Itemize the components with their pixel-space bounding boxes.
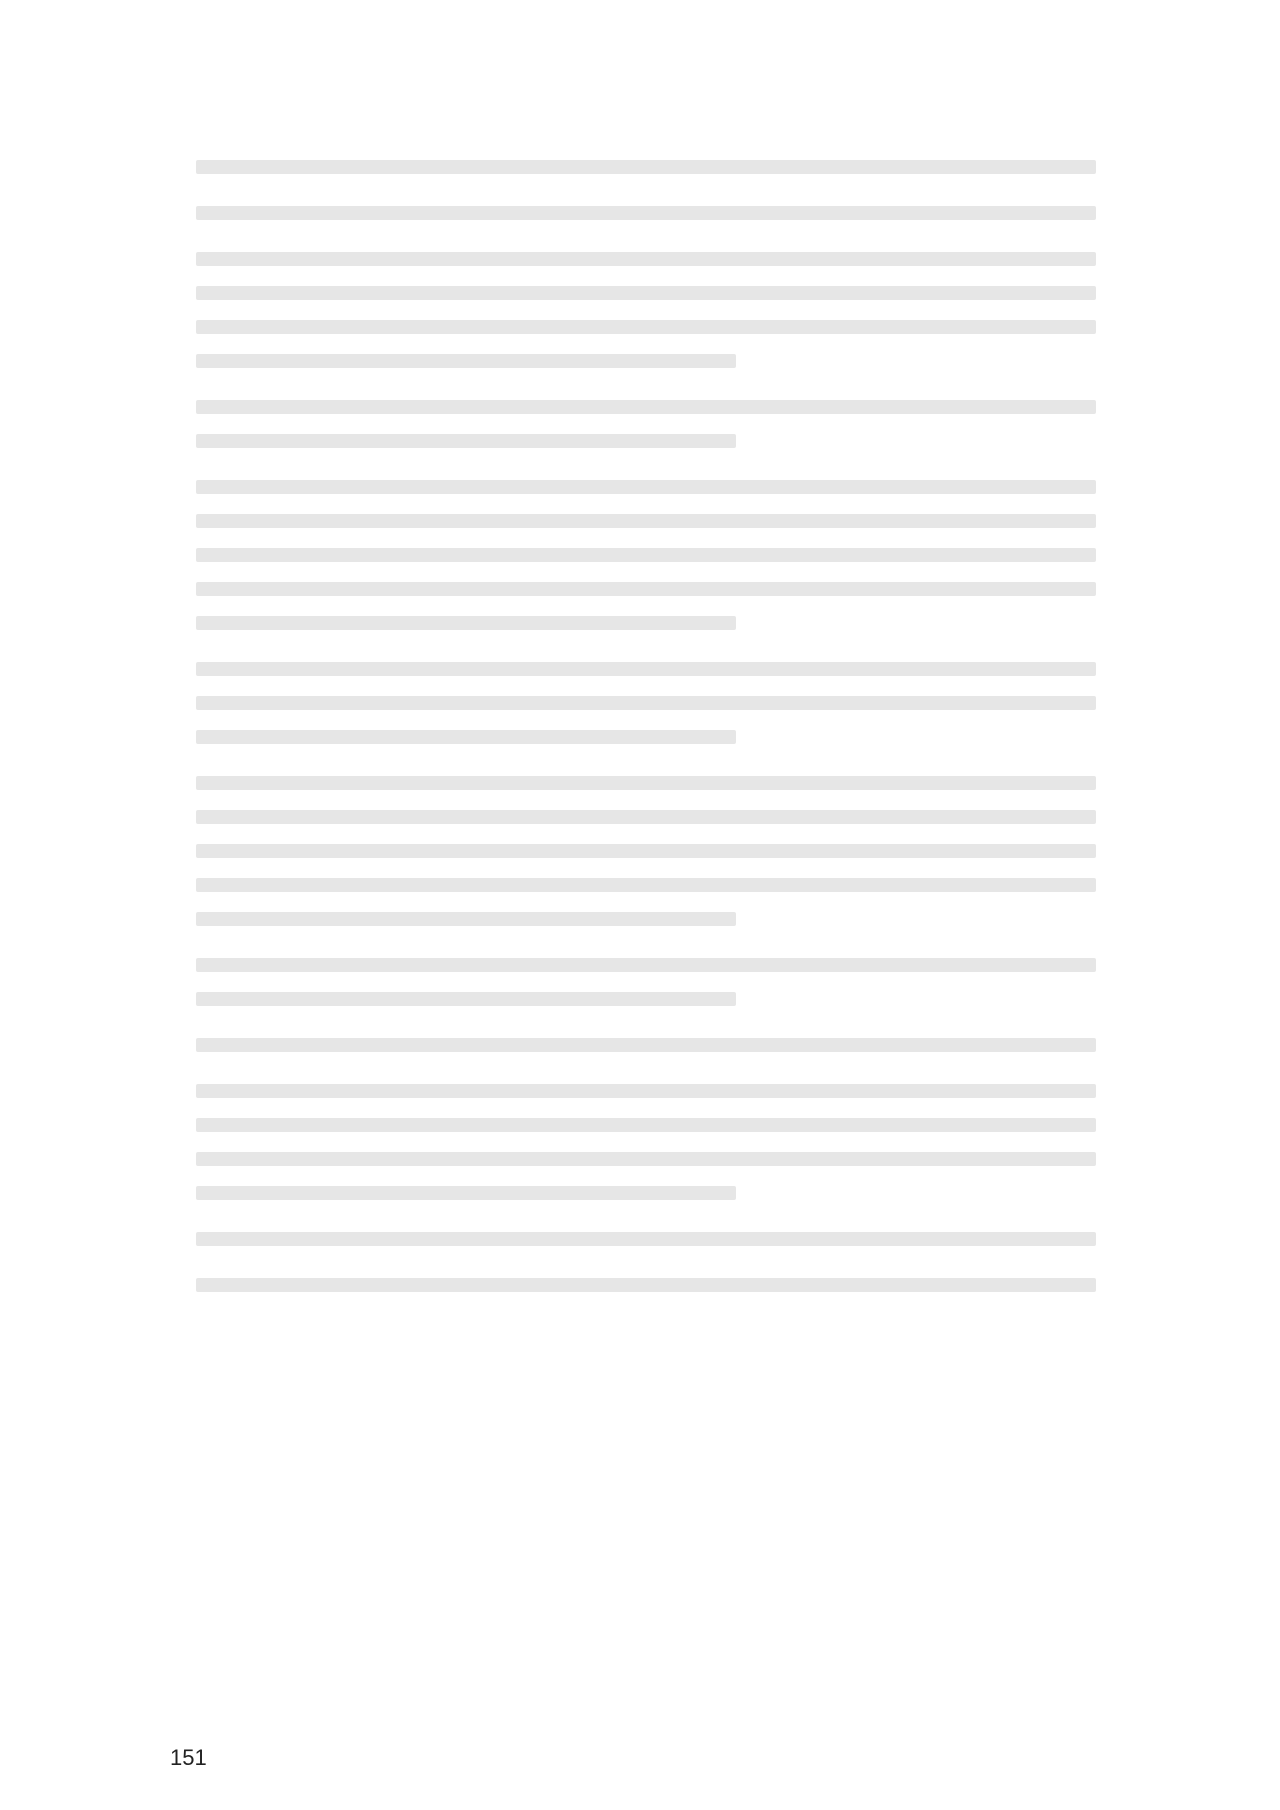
text-line-placeholder xyxy=(196,616,736,630)
paragraph xyxy=(196,776,1096,926)
text-line-placeholder xyxy=(196,400,1096,414)
text-line-placeholder xyxy=(196,1038,1096,1052)
text-line-placeholder xyxy=(196,1152,1096,1166)
page-number: 151 xyxy=(170,1745,207,1771)
text-line-placeholder xyxy=(196,878,1096,892)
text-line-placeholder xyxy=(196,480,1096,494)
text-line-placeholder xyxy=(196,1118,1096,1132)
paragraph xyxy=(196,958,1096,1006)
text-line-placeholder xyxy=(196,662,1096,676)
text-line-placeholder xyxy=(196,160,1096,174)
paragraph xyxy=(196,662,1096,744)
paragraph xyxy=(196,480,1096,630)
text-line-placeholder xyxy=(196,912,736,926)
text-line-placeholder xyxy=(196,1232,1096,1246)
paragraph xyxy=(196,1084,1096,1200)
text-line-placeholder xyxy=(196,434,736,448)
paragraph xyxy=(196,206,1096,220)
text-line-placeholder xyxy=(196,320,1096,334)
text-line-placeholder xyxy=(196,252,1096,266)
text-line-placeholder xyxy=(196,730,736,744)
text-line-placeholder xyxy=(196,514,1096,528)
text-line-placeholder xyxy=(196,958,1096,972)
text-line-placeholder xyxy=(196,810,1096,824)
text-line-placeholder xyxy=(196,286,1096,300)
text-line-placeholder xyxy=(196,696,1096,710)
paragraph xyxy=(196,252,1096,368)
text-line-placeholder xyxy=(196,992,736,1006)
text-line-placeholder xyxy=(196,1278,1096,1292)
text-line-placeholder xyxy=(196,1084,1096,1098)
paragraph xyxy=(196,1038,1096,1052)
text-line-placeholder xyxy=(196,582,1096,596)
paragraph xyxy=(196,1278,1096,1292)
paragraph xyxy=(196,1232,1096,1246)
document-body xyxy=(196,150,1096,1324)
text-line-placeholder xyxy=(196,354,736,368)
text-line-placeholder xyxy=(196,844,1096,858)
text-line-placeholder xyxy=(196,776,1096,790)
text-line-placeholder xyxy=(196,206,1096,220)
text-line-placeholder xyxy=(196,1186,736,1200)
paragraph xyxy=(196,160,1096,174)
paragraph xyxy=(196,400,1096,448)
text-line-placeholder xyxy=(196,548,1096,562)
